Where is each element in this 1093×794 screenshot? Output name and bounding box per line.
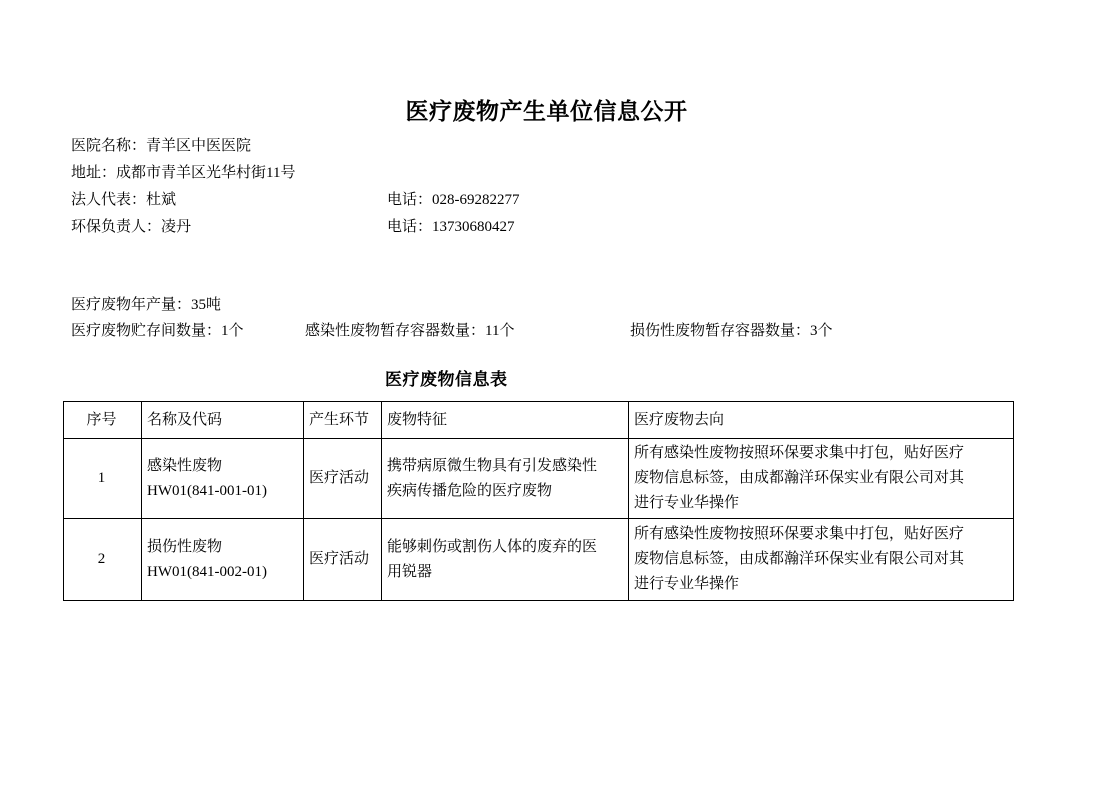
waste-info-table: 序号 名称及代码 产生环节 废物特征 医疗废物去向 1 感染性废物 HW01(8… — [63, 401, 1014, 601]
legal-rep-line: 法人代表：杜斌 — [71, 190, 176, 211]
waste-code: HW01(841-002-01) — [147, 560, 299, 585]
hospital-name-line: 医院名称：青羊区中医医院 — [71, 136, 251, 157]
table-caption: 医疗废物信息表 — [385, 369, 508, 390]
table-row: 2 损伤性废物 HW01(841-002-01) 医疗活动 能够刺伤或割伤人体的… — [64, 519, 1014, 601]
cell-destination: 所有感染性废物按照环保要求集中打包，贴好医疗废物信息标签，由成都瀚洋环保实业有限… — [629, 519, 1014, 601]
storage-rooms-line: 医疗废物贮存间数量：1个 — [71, 321, 244, 342]
table-row: 1 感染性废物 HW01(841-001-01) 医疗活动 携带病原微生物具有引… — [64, 439, 1014, 519]
header-name-code: 名称及代码 — [142, 402, 304, 439]
cell-stage: 医疗活动 — [304, 439, 382, 519]
sharps-containers-line: 损伤性废物暂存容器数量：3个 — [630, 321, 833, 342]
cell-name-code: 感染性废物 HW01(841-001-01) — [142, 439, 304, 519]
cell-index: 1 — [64, 439, 142, 519]
infectious-containers-line: 感染性废物暂存容器数量：11个 — [305, 321, 514, 342]
env-officer-phone-line: 电话：13730680427 — [387, 217, 515, 238]
annual-output-line: 医疗废物年产量：35吨 — [71, 295, 221, 316]
cell-destination: 所有感染性废物按照环保要求集中打包，贴好医疗废物信息标签，由成都瀚洋环保实业有限… — [629, 439, 1014, 519]
header-stage: 产生环节 — [304, 402, 382, 439]
waste-name: 损伤性废物 — [147, 535, 299, 560]
cell-name-code: 损伤性废物 HW01(841-002-01) — [142, 519, 304, 601]
cell-index: 2 — [64, 519, 142, 601]
header-index: 序号 — [64, 402, 142, 439]
address-line: 地址：成都市青羊区光华村街11号 — [71, 163, 295, 184]
table-header-row: 序号 名称及代码 产生环节 废物特征 医疗废物去向 — [64, 402, 1014, 439]
cell-trait: 携带病原微生物具有引发感染性疾病传播危险的医疗废物 — [382, 439, 629, 519]
env-officer-line: 环保负责人：凌丹 — [71, 217, 191, 238]
header-destination: 医疗废物去向 — [629, 402, 1014, 439]
cell-stage: 医疗活动 — [304, 519, 382, 601]
waste-name: 感染性废物 — [147, 454, 299, 479]
page-title: 医疗废物产生单位信息公开 — [0, 98, 1093, 126]
cell-trait: 能够刺伤或割伤人体的废弃的医用锐器 — [382, 519, 629, 601]
waste-code: HW01(841-001-01) — [147, 479, 299, 504]
legal-rep-phone-line: 电话：028-69282277 — [387, 190, 520, 211]
header-trait: 废物特征 — [382, 402, 629, 439]
document-page: { "colors": { "background": "#ffffff", "… — [0, 0, 1093, 794]
